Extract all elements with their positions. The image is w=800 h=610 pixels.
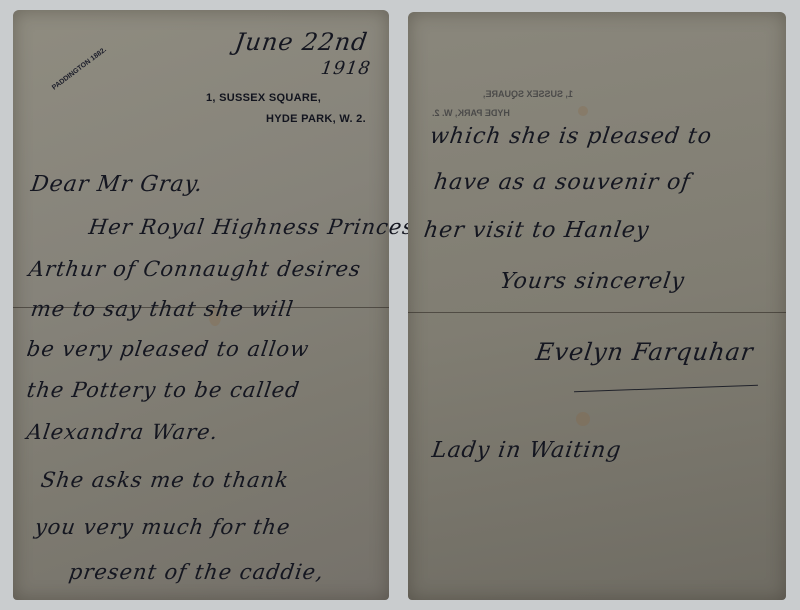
letterhead-line-1: 1, SUSSEX SQUARE,: [206, 92, 321, 104]
salutation: Dear Mr Gray.: [29, 172, 205, 197]
body-line-1: which she is pleased to: [428, 124, 714, 149]
body-line-4: be very pleased to allow: [25, 337, 311, 361]
paper-stain: [578, 106, 588, 116]
letter-page-left: PADDINGTON 1882. June 22nd 1918 1, SUSSE…: [13, 10, 389, 600]
paddington-stamp: PADDINGTON 1882.: [51, 46, 108, 91]
signer-title: Lady in Waiting: [430, 438, 623, 463]
ghost-letterhead-line-1: 1, SUSSEX SQUARE,: [483, 89, 573, 99]
body-line-1: Her Royal Highness Princess: [87, 215, 427, 239]
paper-stain: [576, 412, 590, 426]
signature: Evelyn Farquhar: [534, 338, 755, 366]
ghost-letterhead-line-2: HYDE PARK, W. 2.: [432, 108, 510, 118]
letter-date-day: June 22nd: [233, 28, 370, 56]
body-line-9: present of the caddie,: [67, 560, 325, 584]
letter-date-year: 1918: [320, 58, 373, 79]
signature-underline: [574, 385, 758, 392]
fold-line: [408, 312, 786, 313]
body-line-3: her visit to Hanley: [422, 218, 651, 243]
body-line-3: me to say that she will: [29, 297, 295, 321]
body-line-8: you very much for the: [33, 515, 292, 539]
letter-page-right: 1, SUSSEX SQUARE, HYDE PARK, W. 2. which…: [408, 12, 786, 600]
body-line-5: the Pottery to be called: [25, 378, 301, 402]
body-line-6: Alexandra Ware.: [25, 420, 220, 444]
body-line-2: Arthur of Connaught desires: [27, 257, 362, 281]
body-line-2: have as a souvenir of: [432, 170, 692, 195]
closing: Yours sincerely: [498, 269, 686, 294]
body-line-7: She asks me to thank: [39, 468, 290, 492]
letterhead-line-2: HYDE PARK, W. 2.: [266, 113, 366, 125]
